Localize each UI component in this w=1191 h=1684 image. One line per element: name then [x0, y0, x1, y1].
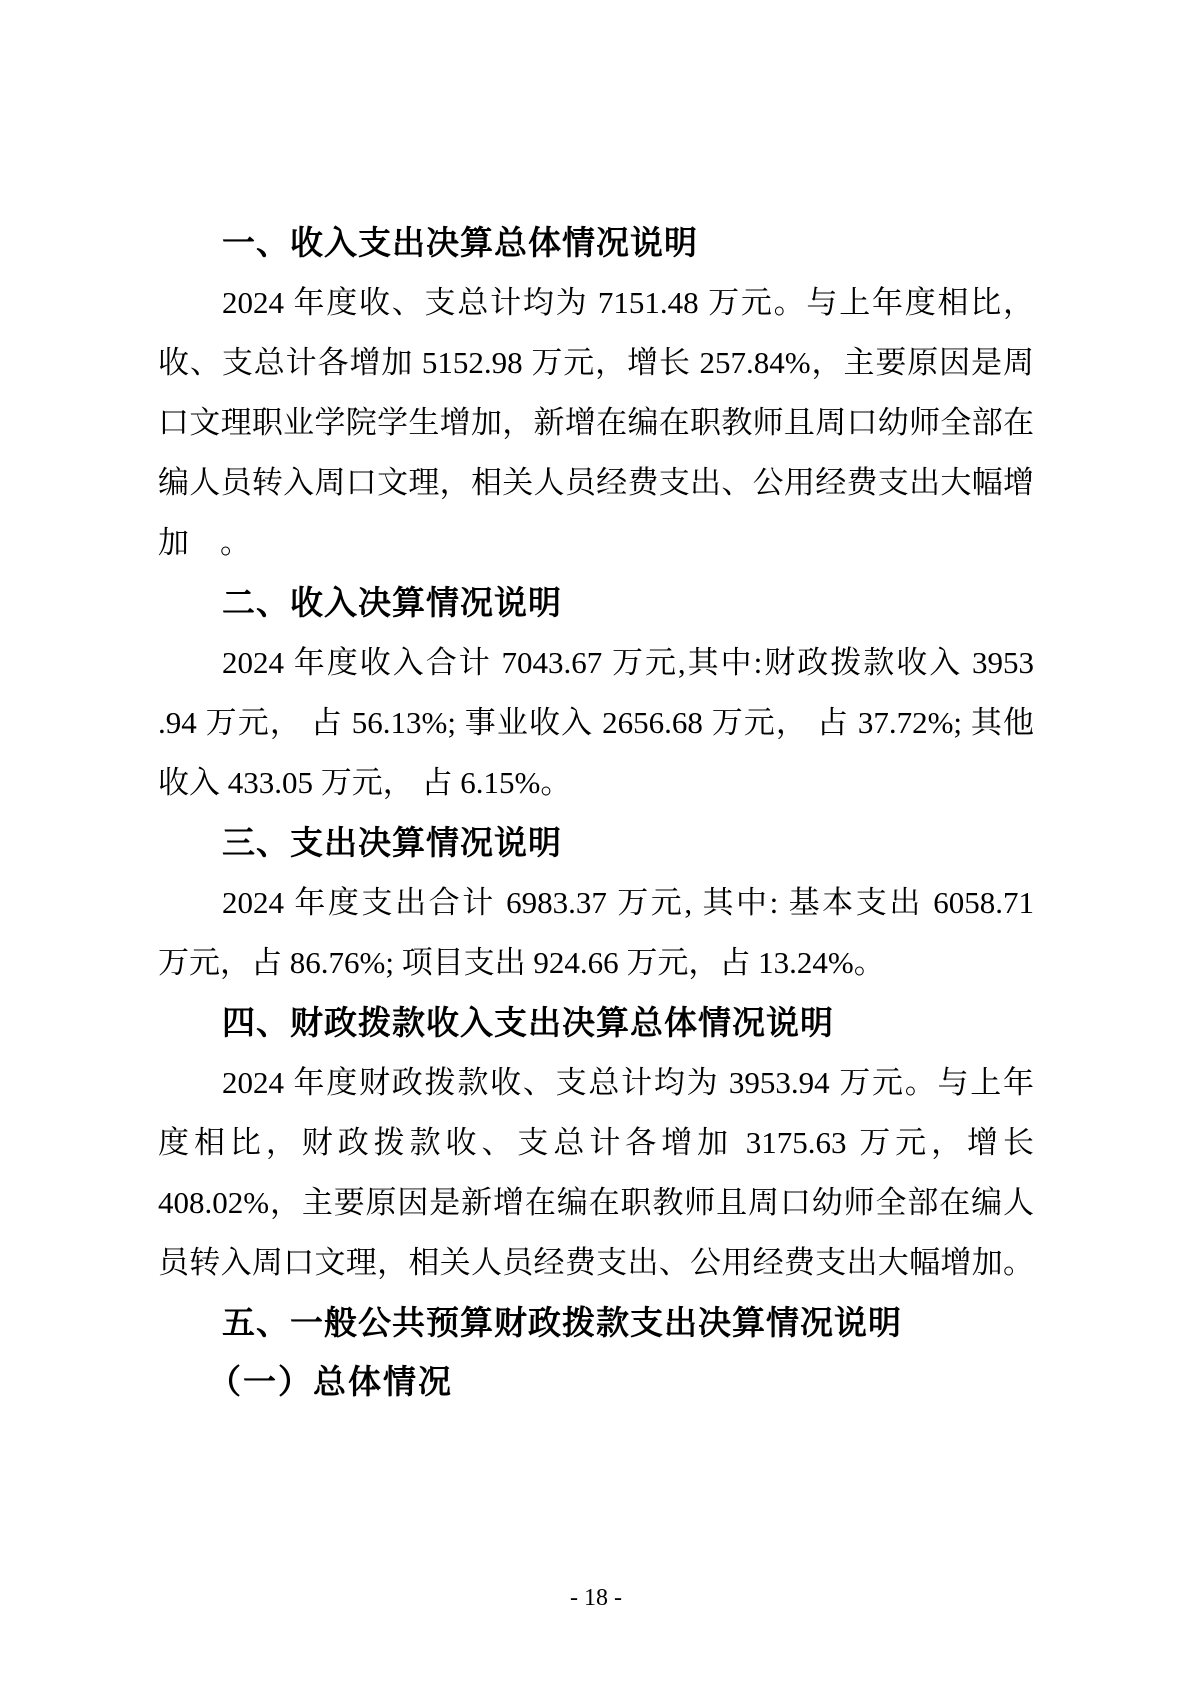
- section-2-line-1: 2024 年度收入合计 7043.67 万元,其中:财政拨款收入 3953: [158, 633, 1034, 693]
- document-body: 一、收入支出决算总体情况说明 2024 年度收、支总计均为 7151.48 万元…: [158, 213, 1034, 1413]
- document-page: 一、收入支出决算总体情况说明 2024 年度收、支总计均为 7151.48 万元…: [0, 0, 1191, 1684]
- section-1-line-2: 收、支总计各增加 5152.98 万元，增长 257.84%，主要原因是周: [158, 333, 1034, 393]
- section-4-line-1: 2024 年度财政拨款收、支总计均为 3953.94 万元。与上年: [158, 1053, 1034, 1113]
- section-2-line-3: 收入 433.05 万元， 占 6.15%。: [158, 753, 1034, 813]
- section-5-subheading: （一）总体情况: [158, 1353, 1034, 1413]
- section-4-line-2: 度相比，财政拨款收、支总计各增加 3175.63 万元，增长: [158, 1113, 1034, 1173]
- page-number: - 18 -: [570, 1585, 622, 1611]
- page-footer: - 18 -: [158, 1582, 1034, 1614]
- section-2-heading: 二、收入决算情况说明: [158, 573, 1034, 633]
- section-1-line-1: 2024 年度收、支总计均为 7151.48 万元。与上年度相比，: [158, 273, 1034, 333]
- section-3-heading: 三、支出决算情况说明: [158, 813, 1034, 873]
- section-4-heading: 四、财政拨款收入支出决算总体情况说明: [158, 993, 1034, 1053]
- section-4-line-4: 员转入周口文理，相关人员经费支出、公用经费支出大幅增加。: [158, 1233, 1034, 1293]
- section-2-line-2: .94 万元， 占 56.13%; 事业收入 2656.68 万元， 占 37.…: [158, 693, 1034, 753]
- section-1-line-3: 口文理职业学院学生增加，新增在编在职教师且周口幼师全部在: [158, 393, 1034, 453]
- section-3-line-1: 2024 年度支出合计 6983.37 万元, 其中: 基本支出 6058.71: [158, 873, 1034, 933]
- section-3-line-2: 万元，占 86.76%; 项目支出 924.66 万元，占 13.24%。: [158, 933, 1034, 993]
- section-4-line-3: 408.02%，主要原因是新增在编在职教师且周口幼师全部在编人: [158, 1173, 1034, 1233]
- section-5-heading: 五、一般公共预算财政拨款支出决算情况说明: [158, 1293, 1034, 1353]
- section-1-line-5: 加 。: [158, 513, 1034, 573]
- section-1-heading: 一、收入支出决算总体情况说明: [158, 213, 1034, 273]
- section-1-line-4: 编人员转入周口文理，相关人员经费支出、公用经费支出大幅增: [158, 453, 1034, 513]
